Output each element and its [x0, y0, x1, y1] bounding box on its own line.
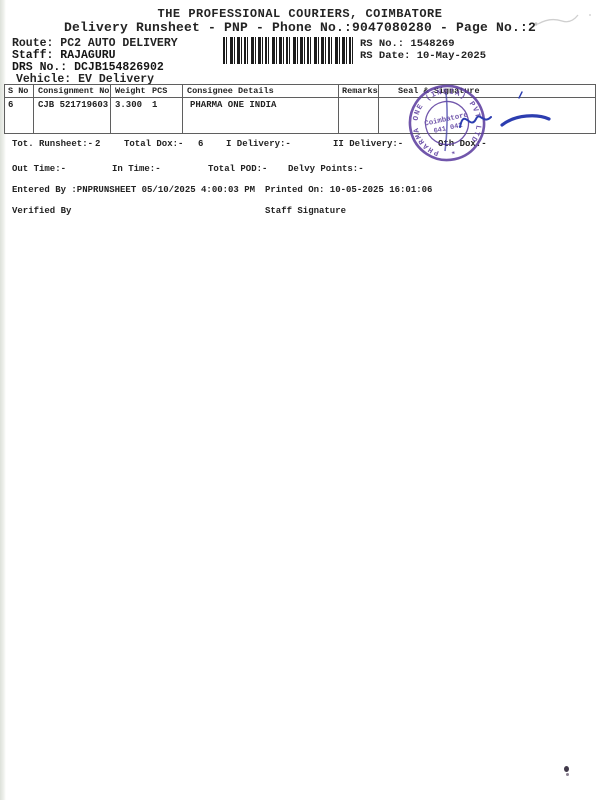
cell-s-no: 6	[8, 100, 13, 110]
out-time-label: Out Time:-	[12, 164, 66, 174]
cell-consignment-no: CJB 521719603	[38, 100, 108, 110]
runsheet-document: THE PROFESSIONAL COURIERS, COIMBATORE De…	[0, 0, 600, 800]
signature-ink	[450, 85, 560, 145]
ink-speck	[564, 766, 569, 772]
col-header-s-no: S No	[8, 86, 28, 96]
cell-consignee: PHARMA ONE INDIA	[190, 100, 276, 110]
table-vline-4	[338, 84, 339, 133]
table-vline-right	[595, 84, 596, 133]
printed-on-line: Printed On: 10-05-2025 16:01:06	[265, 185, 432, 195]
col-header-consignee-details: Consignee Details	[187, 86, 274, 96]
table-vline-1	[33, 84, 34, 133]
col-header-weight: Weight	[115, 86, 146, 96]
verified-by-label: Verified By	[12, 206, 71, 216]
total-dox-value: 6	[198, 139, 203, 149]
ii-delivery-label: II Delivery:-	[333, 139, 403, 149]
staff-signature-label: Staff Signature	[265, 206, 346, 216]
table-vline-2	[110, 84, 111, 133]
entered-by-line: Entered By :PNPRUNSHEET 05/10/2025 4:00:…	[12, 185, 255, 195]
col-header-remarks: Remarks	[342, 86, 378, 96]
total-runsheet-value: 2	[95, 139, 100, 149]
table-vline-3	[182, 84, 183, 133]
table-vline-left	[4, 84, 5, 133]
cell-pcs: 1	[152, 100, 157, 110]
stamp-star-mark: ★	[451, 149, 458, 158]
ink-speck-small	[566, 773, 569, 776]
rs-date-line: RS Date: 10-May-2025	[360, 50, 486, 62]
total-dox-label: Total Dox:-	[124, 139, 183, 149]
col-header-consignment-no: Consignment No	[38, 86, 109, 96]
barcode	[223, 37, 353, 64]
total-pod-label: Total POD:-	[208, 164, 267, 174]
i-delivery-label: I Delivery:-	[226, 139, 291, 149]
col-header-pcs: PCS	[152, 86, 167, 96]
in-time-label: In Time:-	[112, 164, 161, 174]
document-title: THE PROFESSIONAL COURIERS, COIMBATORE	[0, 7, 600, 21]
document-subtitle: Delivery Runsheet - PNP - Phone No.:9047…	[0, 20, 600, 35]
delvy-points-label: Delvy Points:-	[288, 164, 364, 174]
cell-weight: 3.300	[115, 100, 142, 110]
scan-edge-shadow	[0, 0, 6, 800]
table-vline-5	[378, 84, 379, 133]
rs-no-line: RS No.: 1548269	[360, 38, 455, 50]
total-runsheet-label: Tot. Runsheet:-	[12, 139, 93, 149]
